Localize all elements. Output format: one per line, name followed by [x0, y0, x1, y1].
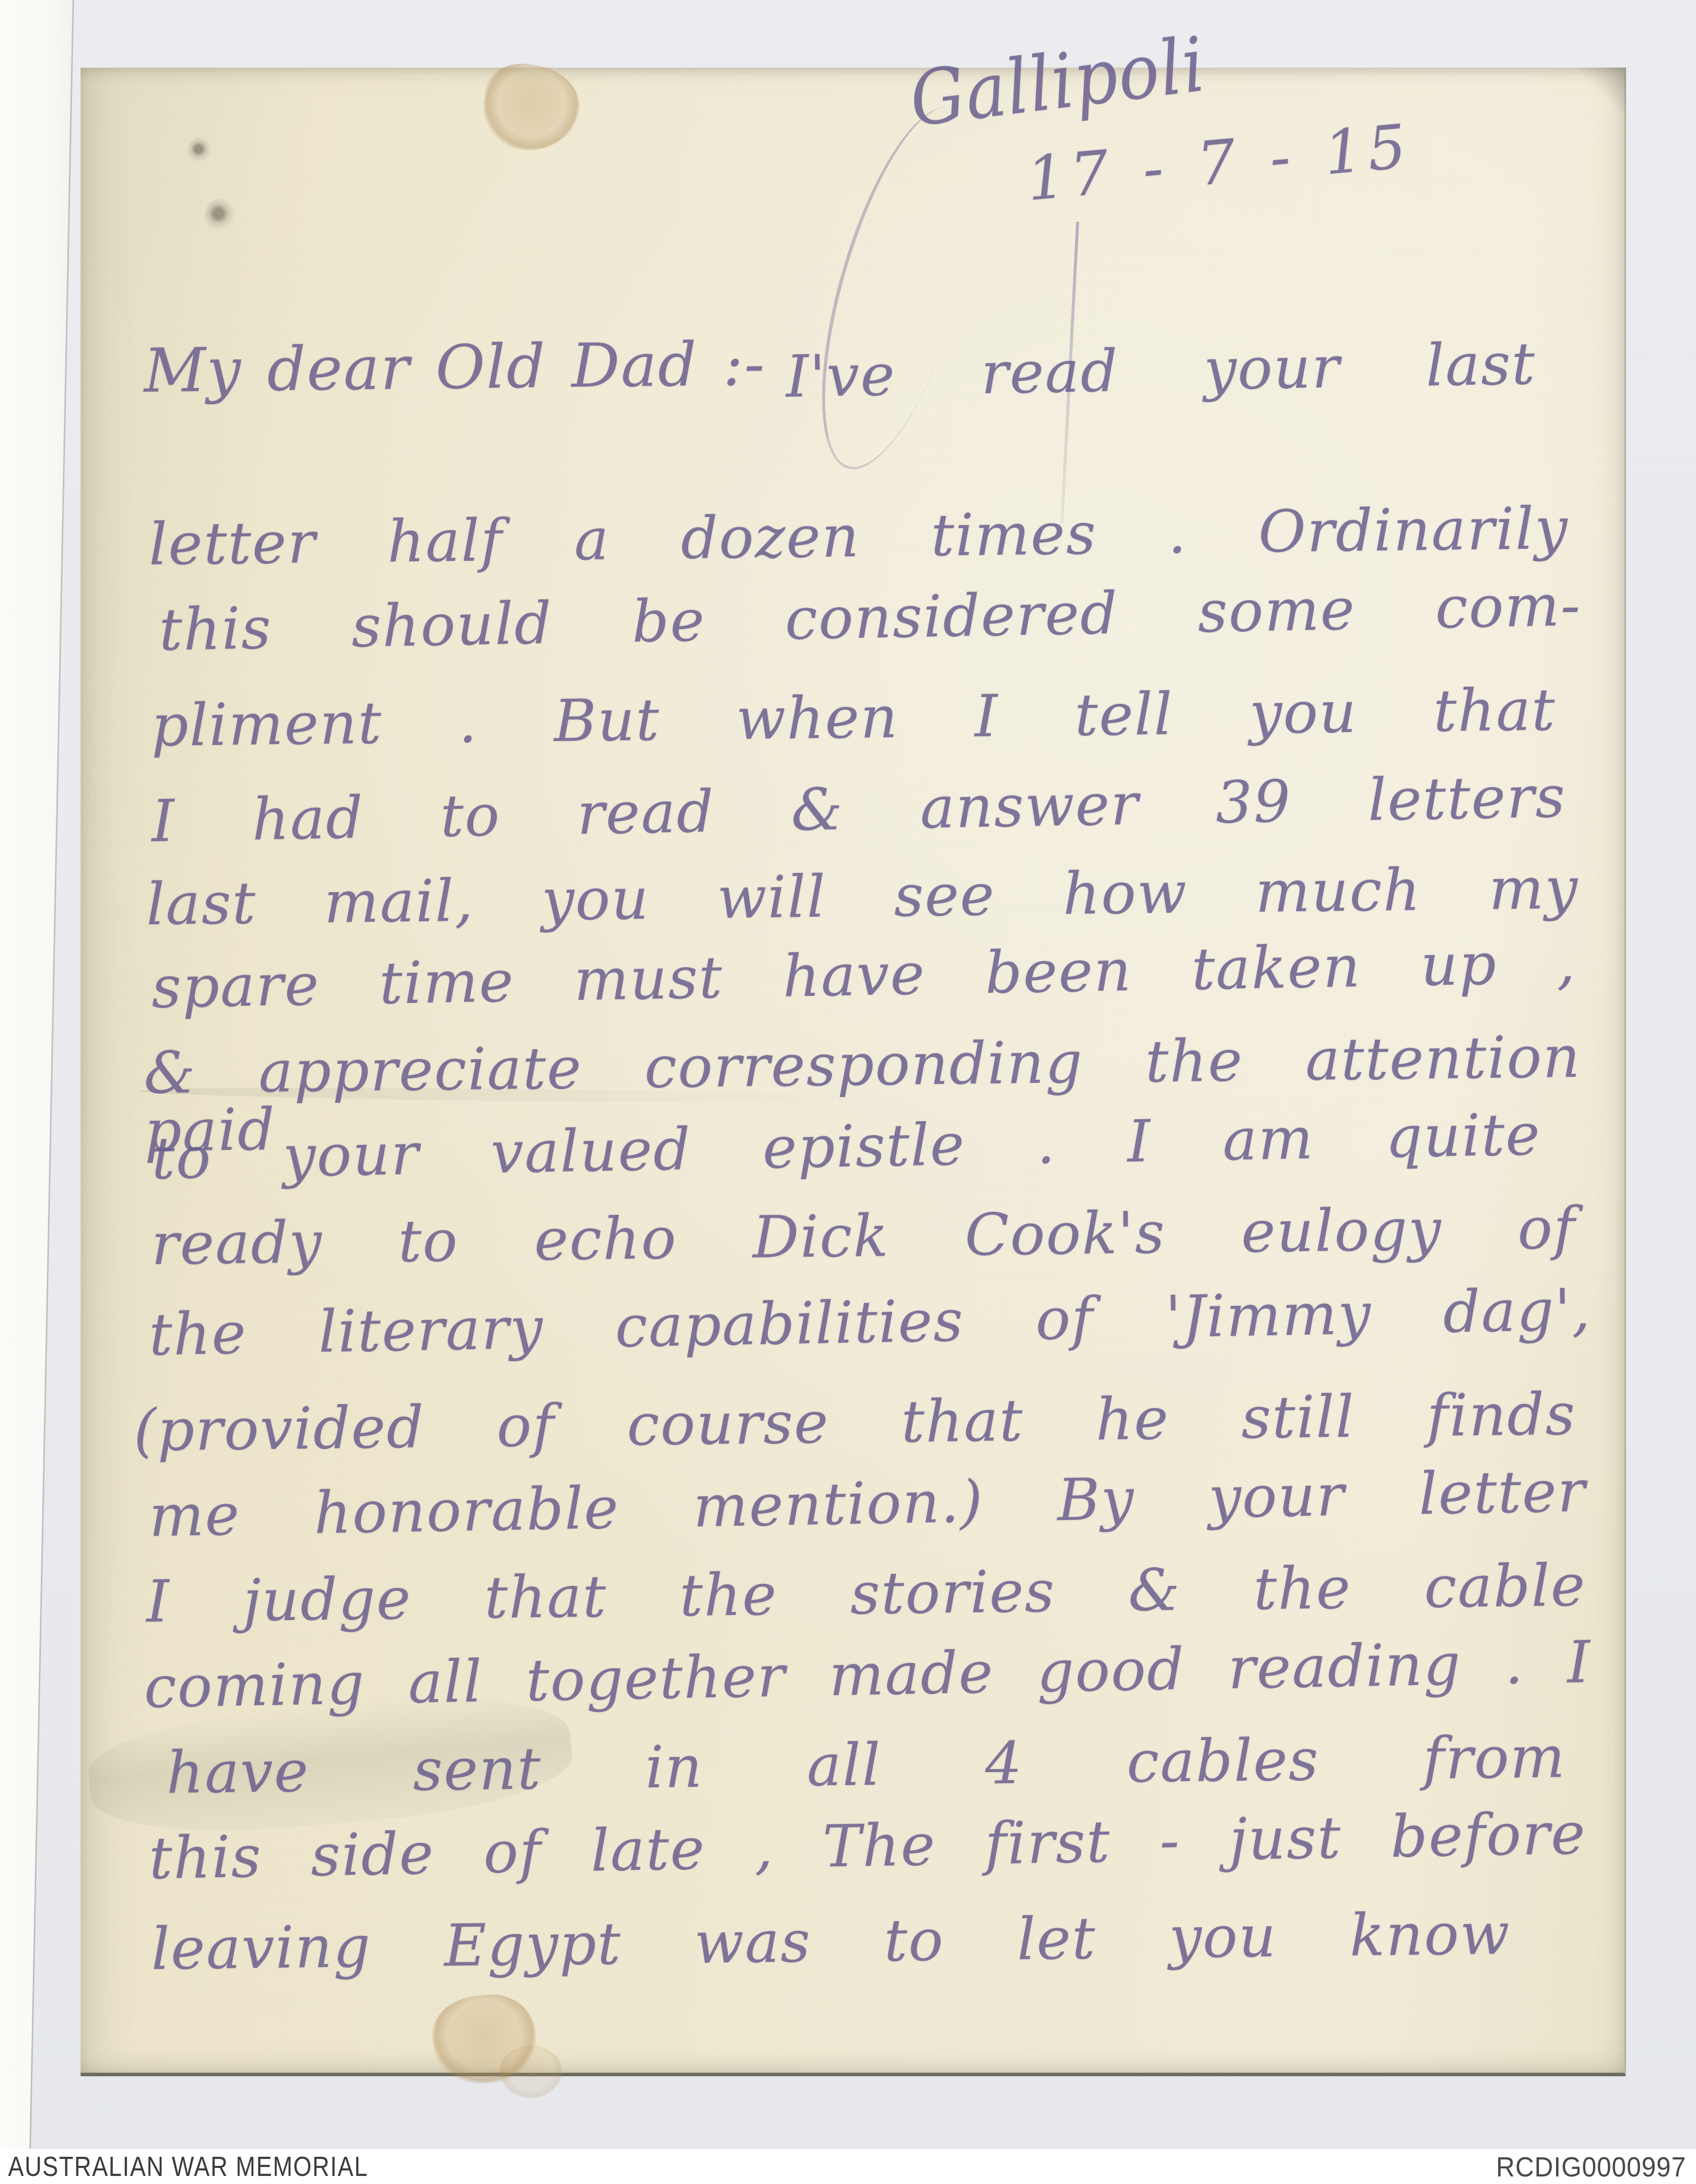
letter-line: letter half a dozen times . Ordinarily [149, 500, 1569, 574]
paper-corner-shadow [1578, 67, 1626, 115]
stain-top [478, 59, 584, 157]
letter-line: I've read your last [785, 335, 1536, 406]
letter-line: last mail, you will see how much my [146, 860, 1579, 934]
stain-bottom-secondary [499, 2046, 562, 2098]
letter-line: pliment . But when I tell you that [151, 681, 1556, 755]
punch-hole-lower [204, 198, 236, 237]
footer-item-id: RCDIG0000997 [1496, 2150, 1686, 2183]
letter-line: (provided of course that he still finds [133, 1386, 1576, 1460]
letter-line: leaving Egypt was to let you know [151, 1905, 1511, 1979]
letter-line: I judge that the stories & the cable [146, 1557, 1586, 1631]
footer-bar: AUSTRALIAN WAR MEMORIAL RCDIG0000997 [0, 2149, 1696, 2184]
punch-hole-upper [187, 137, 212, 167]
letter-line: ready to echo Dick Cook's eulogy of [151, 1200, 1576, 1274]
scanned-letter-page: Gallipoli 17 - 7 - 15 My dear Old Dad :-… [0, 0, 1696, 2184]
scanner-mat-strip [0, 0, 76, 2184]
footer-institution-label: AUSTRALIAN WAR MEMORIAL [8, 2150, 368, 2182]
letter-salutation: My dear Old Dad :- [143, 334, 766, 402]
letter-line: have sent in all 4 cables from [166, 1728, 1566, 1802]
